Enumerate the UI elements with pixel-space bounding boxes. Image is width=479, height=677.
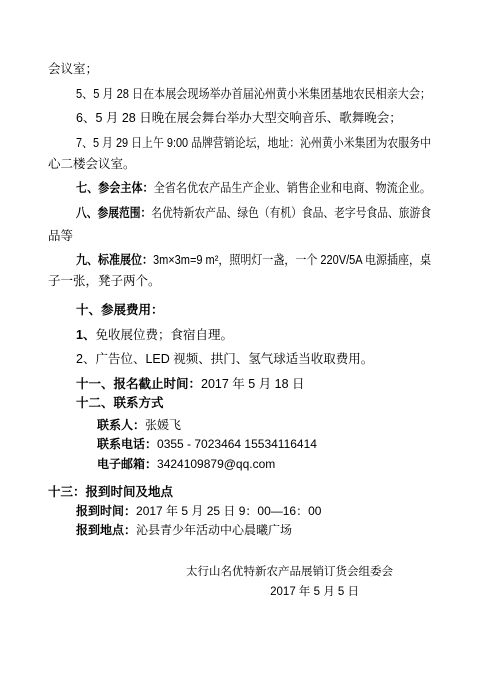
agenda-item-5-text: 5、5 月 28 日在本展会现场举办首届沁州黄小米集团基地农民相亲大会；	[76, 87, 431, 101]
section-participants-text: 全省名优农产品生产企业、销售企业和电商、物流企业。	[154, 181, 431, 195]
fee-item-1-text: 免收展位费；食宿自理。	[95, 328, 233, 342]
checkin-time-label: 报到时间：	[76, 504, 136, 518]
continuation-line-venue-text: 会议室；	[48, 62, 98, 76]
section-contact-info: 十二、联系方式	[48, 393, 431, 414]
agenda-item-7-continued: 心二楼会议室。	[48, 154, 431, 175]
checkin-time-value: 2017 年 5 月 25 日 9：00—16：00	[136, 504, 321, 518]
contact-person-name: 张媛飞	[145, 418, 181, 432]
agenda-item-7-continued-text: 心二楼会议室。	[48, 157, 136, 171]
contact-email-address: 3424109879@qq.com	[157, 457, 275, 471]
section-standard-booth: 九、标准展位：3m×3m=9 m²，照明灯一盏，一个 220V/5A 电源插座，…	[48, 250, 431, 271]
section-contact-info-label: 十二、联系方式	[76, 396, 164, 410]
section-standard-booth-label: 九、标准展位：	[76, 253, 153, 267]
signature-date: 2017 年 5 月 5 日	[48, 582, 431, 602]
contact-person-line: 联系人：张媛飞	[48, 416, 431, 436]
contact-phone-line: 联系电话：0355 - 7023464 15534116414	[48, 435, 431, 455]
continuation-line-venue: 会议室；	[48, 59, 431, 80]
contact-email-label: 电子邮箱：	[97, 457, 157, 471]
section-participants-label: 七、参会主体：	[76, 181, 154, 195]
agenda-item-5: 5、5 月 28 日在本展会现场举办首届沁州黄小米集团基地农民相亲大会；	[48, 84, 431, 105]
section-checkin-heading: 十三：报到时间及地点	[48, 482, 431, 502]
checkin-location-value: 沁县青少年活动中心晨曦广场	[136, 523, 292, 537]
section-standard-booth-text: 3m×3m=9 m²，照明灯一盏，一个 220V/5A 电源插座，桌	[153, 253, 431, 267]
checkin-location-line: 报到地点：沁县青少年活动中心晨曦广场	[48, 521, 431, 541]
fee-item-1-number: 1、	[76, 328, 95, 342]
contact-phone-label: 联系电话：	[97, 437, 157, 451]
section-exhibition-scope-continued: 品等	[48, 226, 431, 247]
agenda-item-7-text: 7、5 月 29 日上午 9:00 品牌营销论坛，地址：沁州黄小米集团为农服务中	[76, 136, 431, 150]
contact-phone-numbers: 0355 - 7023464 15534116414	[157, 437, 317, 451]
fee-item-2: 2、广告位、LED 视频、拱门、氢气球适当收取费用。	[48, 349, 431, 370]
section-registration-deadline-date: 2017 年 5 月 18 日	[201, 377, 305, 391]
document-page: 会议室； 5、5 月 28 日在本展会现场举办首届沁州黄小米集团基地农民相亲大会…	[0, 0, 479, 677]
section-exhibition-scope-continued-text: 品等	[48, 229, 73, 243]
signature-organizer: 太行山名优特新农产品展销订货会组委会	[48, 562, 431, 582]
section-exhibition-scope-label: 八、参展范围：	[76, 206, 151, 220]
agenda-item-6: 6、5 月 28 日晚在展会舞台举办大型交响音乐、歌舞晚会；	[48, 108, 431, 129]
checkin-time-line: 报到时间：2017 年 5 月 25 日 9：00—16：00	[48, 502, 431, 522]
section-registration-deadline: 十一、报名截止时间：2017 年 5 月 18 日	[48, 374, 431, 395]
section-exhibition-fees: 十、参展费用：	[48, 300, 431, 321]
signature-date-text: 2017 年 5 月 5 日	[270, 586, 359, 598]
section-participants: 七、参会主体：全省名优农产品生产企业、销售企业和电商、物流企业。	[48, 178, 431, 199]
contact-person-label: 联系人：	[97, 418, 145, 432]
fee-item-1: 1、免收展位费；食宿自理。	[48, 325, 431, 346]
fee-item-2-text: 2、广告位、LED 视频、拱门、氢气球适当收取费用。	[76, 352, 373, 366]
contact-email-line: 电子邮箱：3424109879@qq.com	[48, 455, 431, 475]
section-checkin-heading-label: 十三：报到时间及地点	[48, 485, 173, 499]
signature-organizer-text: 太行山名优特新农产品展销订货会组委会	[186, 566, 393, 578]
section-exhibition-scope: 八、参展范围：名优特新农产品、绿色（有机）食品、老字号食品、旅游食	[48, 203, 431, 224]
section-exhibition-scope-text: 名优特新农产品、绿色（有机）食品、老字号食品、旅游食	[151, 206, 431, 220]
agenda-item-6-text: 6、5 月 28 日晚在展会舞台举办大型交响音乐、歌舞晚会；	[76, 111, 402, 125]
agenda-item-7: 7、5 月 29 日上午 9:00 品牌营销论坛，地址：沁州黄小米集团为农服务中	[48, 133, 431, 154]
section-registration-deadline-label: 十一、报名截止时间：	[76, 377, 201, 391]
checkin-location-label: 报到地点：	[76, 523, 136, 537]
section-standard-booth-continued: 子一张，凳子两个。	[48, 271, 431, 292]
section-standard-booth-continued-text: 子一张，凳子两个。	[48, 274, 161, 288]
section-exhibition-fees-label: 十、参展费用：	[76, 303, 164, 317]
